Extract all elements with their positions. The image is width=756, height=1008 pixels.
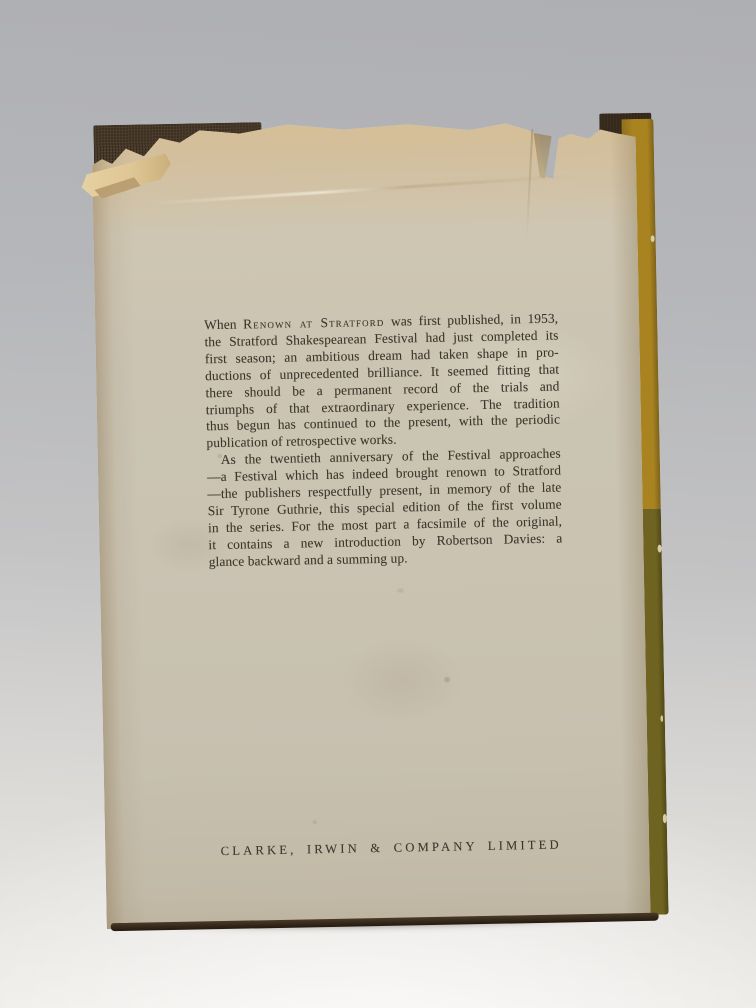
book-title-small-caps: Renown at Stratford [243,314,385,332]
blurb-line1-pre: When [204,317,243,333]
photo-surface: When Renown at Stratford was first publi… [0,0,756,1008]
book-back-cover: When Renown at Stratford was first publi… [87,113,668,930]
blurb-line1-post: was first published, in 1953, [384,311,558,329]
back-cover-blurb: When Renown at Stratford was first publi… [204,311,563,571]
